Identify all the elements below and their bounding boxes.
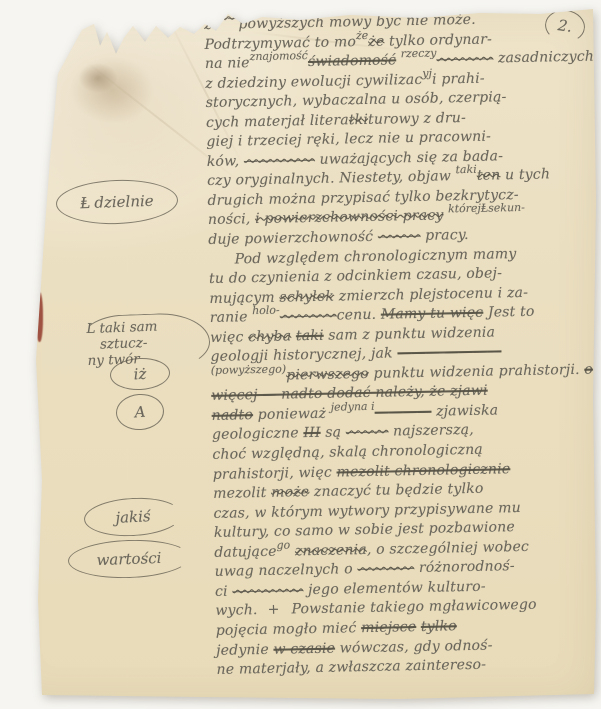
insertion-mark: L: [86, 321, 96, 353]
handwritten-text: pojęcia mogło mieć: [216, 620, 362, 639]
struck-text: miejsce: [361, 619, 416, 636]
handwritten-text: ponieważ: [253, 406, 331, 423]
struck-text: pierwszego: [286, 366, 369, 384]
margin-note-text: wartości: [96, 549, 162, 569]
handwritten-text: wych.: [215, 602, 258, 619]
handwritten-text: turowy z dru-: [368, 110, 466, 128]
handwritten-text: kultury, co samo w sobie jest pozbawione: [214, 519, 515, 541]
handwritten-text: jego elementów kulturo-: [303, 579, 486, 598]
inserted-text: że: [356, 28, 369, 41]
struck-text: że: [368, 33, 384, 49]
handwritten-text: z: [204, 17, 217, 33]
handwritten-text: zasadniczych: [493, 49, 594, 67]
handwritten-text: uwag naczelnych o: [215, 561, 358, 580]
handwritten-text: storycznych, wybaczalna u osób, czerpią-: [206, 89, 507, 111]
handwritten-text: pracy.: [420, 227, 469, 244]
handwritten-text: , o szczególniej wobec: [367, 539, 529, 558]
struck-text: Mamy tu więc: [381, 305, 484, 323]
handwritten-text: datujące: [214, 543, 277, 560]
struck-text: nadto: [212, 407, 254, 424]
margin-note-text: iż: [133, 365, 147, 384]
margin-note-text: A: [134, 403, 146, 422]
handwritten-text: Jest to: [483, 304, 535, 321]
inserted-text: rzeczy: [401, 47, 437, 61]
margin-note-text: taki sam sztucz-: [99, 317, 209, 353]
torn-paper-sheet: 2. Ⱡ dzielnie L taki sam sztucz- ny twór…: [0, 0, 601, 709]
struck-text: tki: [349, 112, 368, 128]
inserted-text: holo-: [252, 304, 280, 318]
handwritten-text: najszerszą,: [388, 422, 474, 440]
handwritten-text: mezolit: [213, 485, 271, 502]
insertion-mark: Ⱡ: [80, 194, 91, 212]
handwritten-text: wówczas, gdy odnoś-: [335, 637, 493, 656]
handwritten-text: prahistorji, więc: [213, 464, 337, 482]
inserted-text: go: [276, 538, 290, 551]
handwritten-text: znaczyć tu będzie tylko: [309, 481, 484, 500]
struck-text: o: [584, 361, 593, 377]
handwritten-text: z dziedziny ewolucji cywilizac: [205, 71, 422, 91]
handwritten-text: giej i trzeciej ręki, lecz nie u pracown…: [206, 129, 491, 150]
handwritten-text: zjawiska: [431, 402, 498, 419]
handwritten-text: różnorodnoś-: [414, 558, 515, 576]
handwritten-text: geologji historycznej, jak: [210, 346, 397, 366]
handwritten-text: u tych: [500, 167, 550, 184]
paper-shadow: 2. Ⱡ dzielnie L taki sam sztucz- ny twór…: [0, 0, 601, 709]
struck-text: w czasie: [273, 640, 335, 657]
struck-text: ———: [378, 228, 421, 245]
inserted-text: yj: [422, 66, 432, 79]
handwritten-text: sam z punktu widzenia: [324, 324, 496, 343]
handwritten-text: ności,: [208, 212, 256, 229]
handwritten-text: geologiczne: [212, 426, 304, 444]
red-edge-mark: [36, 292, 43, 342]
manuscript-text-column: z ——powyższych mowy być nie może.Podtrzy…: [204, 8, 601, 680]
margin-note-dzielnie: Ⱡ dzielnie: [55, 178, 178, 226]
inserted-text: znajomość: [249, 49, 308, 63]
inserted-text: sekun-: [488, 201, 525, 215]
handwritten-text: Powstanie takiego mgławicowego: [291, 597, 536, 618]
struck-text: schyłek: [279, 288, 334, 305]
handwritten-text: są: [320, 425, 346, 441]
margin-note-text: dzielnie: [94, 192, 154, 212]
handwritten-text: +: [267, 602, 279, 618]
inserted-text: taki: [455, 163, 476, 176]
handwritten-text: czy oryginalnych. Niestety, objaw: [207, 169, 456, 190]
handwritten-text: duje powierzchowność: [208, 229, 378, 248]
struck-text: III: [303, 425, 321, 441]
handwritten-text: na nie: [205, 55, 250, 72]
margin-note-a: A: [115, 392, 165, 431]
struck-text: mezolit chronologicznie: [336, 461, 510, 480]
handwritten-text: cych materjał litera: [206, 112, 349, 131]
handwritten-text: jedynie: [216, 641, 274, 658]
struck-text: ————: [375, 404, 432, 421]
struck-text: może: [271, 484, 309, 501]
inserted-text: jedyna i: [331, 400, 375, 414]
handwritten-text: ne materjały, a zwłaszcza zaintereso-: [216, 657, 486, 678]
scanned-manuscript-page: 2. Ⱡ dzielnie L taki sam sztucz- ny twór…: [0, 0, 601, 709]
struck-text: świadomość: [308, 52, 396, 70]
struck-text: ten: [477, 168, 501, 184]
struck-text: taki: [296, 328, 324, 345]
struck-text: ——— ————: [397, 344, 501, 362]
struck-text: —————: [244, 152, 315, 169]
inserted-text: której: [448, 202, 481, 216]
handwritten-text: ków,: [207, 153, 244, 170]
margin-note-text: jakiś: [115, 507, 151, 527]
handwritten-text: i prahi-: [432, 70, 485, 87]
margin-note-wartosci: wartości: [67, 538, 190, 580]
struck-text: ————: [436, 51, 493, 68]
handwritten-text: Pod względem chronologicznym mamy: [235, 246, 517, 267]
struck-text: i powierzchowności pracy: [255, 208, 444, 228]
inserted-text: (powyższego): [211, 362, 287, 376]
handwritten-text: choć względną, skalą chronologiczną: [212, 442, 483, 463]
struck-text: ———: [346, 424, 389, 441]
margin-note-jakis: jakiś: [83, 495, 183, 538]
handwritten-text: ranie: [210, 309, 253, 326]
struck-text: znaczenia: [295, 542, 367, 559]
struck-text: —————: [232, 582, 303, 599]
struck-text: ————: [357, 560, 414, 577]
struck-text: ——: [216, 11, 238, 24]
struck-text: ————: [280, 308, 337, 325]
handwritten-text: tu do czynienia z odcinkiem czasu, obej-: [209, 265, 502, 287]
handwritten-text: zmierzch plejstocenu i za-: [334, 284, 528, 304]
handwritten-text: więc: [210, 329, 248, 346]
handwritten-text: ci: [215, 583, 233, 599]
struck-text: chyba: [248, 328, 291, 345]
struck-text: tylko: [421, 618, 457, 635]
handwritten-text: cenu.: [336, 307, 381, 324]
handwritten-text: punktu widzenia prahistorji.: [369, 362, 585, 382]
